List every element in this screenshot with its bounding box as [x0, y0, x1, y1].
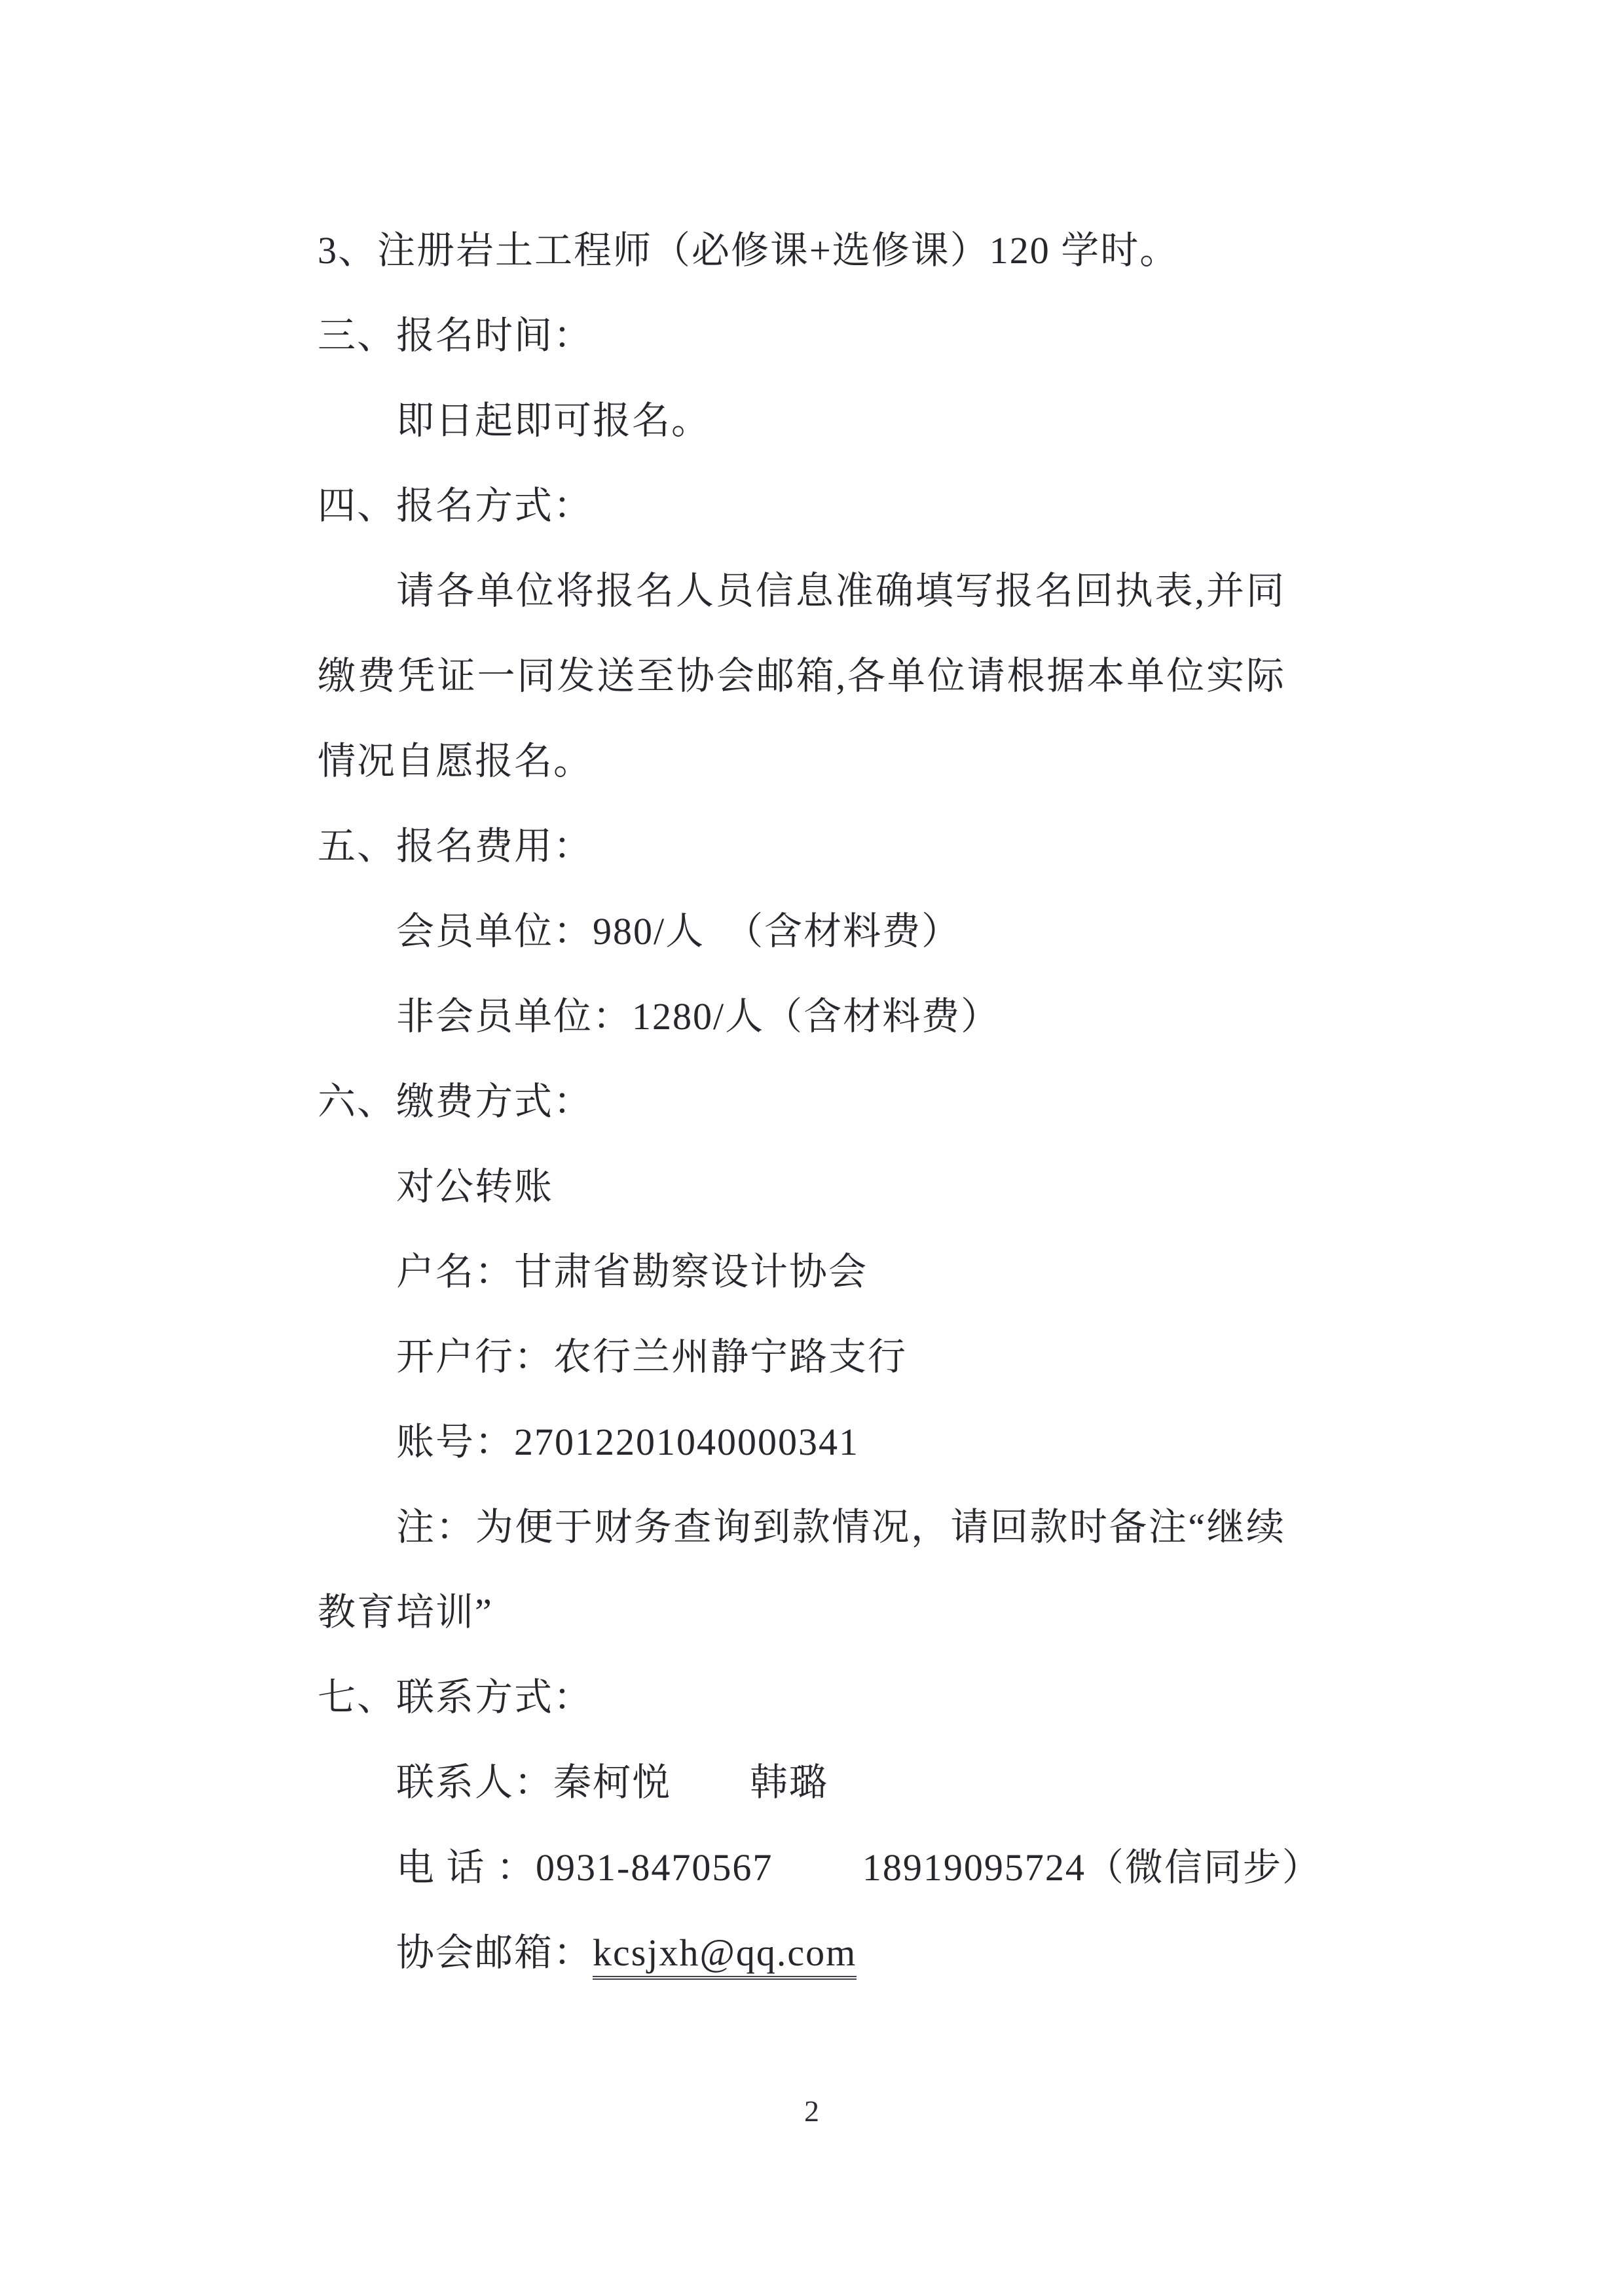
doc-line-item3: 3、注册岩土工程师（必修课+选修课）120 学时。 [318, 208, 1285, 293]
scanned-document-page: 3、注册岩土工程师（必修课+选修课）120 学时。 三、报名时间： 即日起即可报… [0, 0, 1624, 2296]
page-number: 2 [0, 2094, 1624, 2128]
doc-line-contact-persons: 联系人：秦柯悦 韩璐 [318, 1740, 1285, 1825]
doc-line-bank-branch: 开户行：农行兰州静宁路支行 [318, 1315, 1285, 1400]
doc-line-contact-phones: 电 话 ：0931-8470567 18919095724（微信同步） [318, 1825, 1285, 1910]
doc-line-registration-time-body: 即日起即可报名。 [318, 378, 1285, 464]
doc-line-payment-note-1: 注：为便于财务查询到款情况，请回款时备注“继续 [318, 1485, 1285, 1570]
doc-line-member-fee: 会员单位：980/人 （含材料费） [318, 889, 1285, 974]
doc-line-association-email: 协会邮箱：kcsjxh@qq.com [318, 1910, 1285, 1995]
doc-heading-registration-fee: 五、报名费用： [318, 804, 1285, 889]
doc-heading-contact: 七、联系方式： [318, 1655, 1285, 1740]
email-link[interactable]: kcsjxh@qq.com [593, 1931, 857, 1980]
email-label: 协会邮箱： [396, 1931, 593, 1974]
doc-heading-registration-time: 三、报名时间： [318, 293, 1285, 378]
doc-heading-registration-method: 四、报名方式： [318, 464, 1285, 549]
doc-line-method-2: 缴费凭证一同发送至协会邮箱,各单位请根据本单位实际 [318, 634, 1285, 719]
doc-line-transfer-type: 对公转账 [318, 1144, 1285, 1230]
document-body: 3、注册岩土工程师（必修课+选修课）120 学时。 三、报名时间： 即日起即可报… [318, 208, 1285, 1995]
doc-line-account-number: 账号：27012201040000341 [318, 1400, 1285, 1485]
doc-line-method-3: 情况自愿报名。 [318, 719, 1285, 804]
doc-line-account-name: 户名：甘肃省勘察设计协会 [318, 1230, 1285, 1315]
doc-line-nonmember-fee: 非会员单位：1280/人（含材料费） [318, 974, 1285, 1059]
doc-line-payment-note-2: 教育培训” [318, 1570, 1285, 1655]
doc-heading-payment-method: 六、缴费方式： [318, 1059, 1285, 1144]
doc-line-method-1: 请各单位将报名人员信息准确填写报名回执表,并同 [318, 549, 1285, 634]
